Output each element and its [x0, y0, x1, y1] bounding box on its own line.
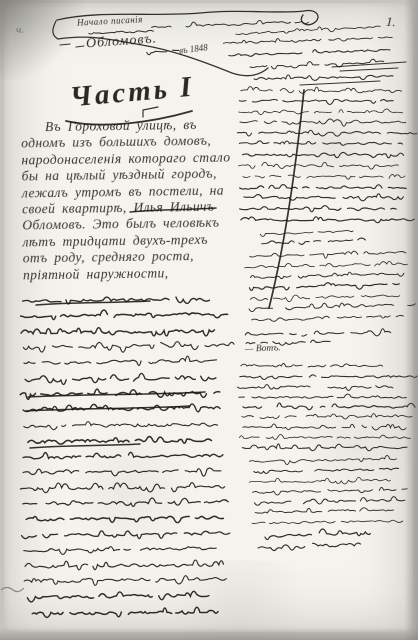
- margin-dash-note: — Вотъ.: [245, 343, 281, 354]
- manuscript-paper: [4, 3, 413, 632]
- main-text-opening: Въ Гороховой улицѣ, въ одномъ изъ больши…: [21, 117, 232, 284]
- manuscript-photo: { "marks": { "folio_mark": "ч.", "page_n…: [0, 0, 418, 640]
- page-number: 1.: [385, 14, 396, 31]
- folio-mark: ч.: [15, 24, 24, 37]
